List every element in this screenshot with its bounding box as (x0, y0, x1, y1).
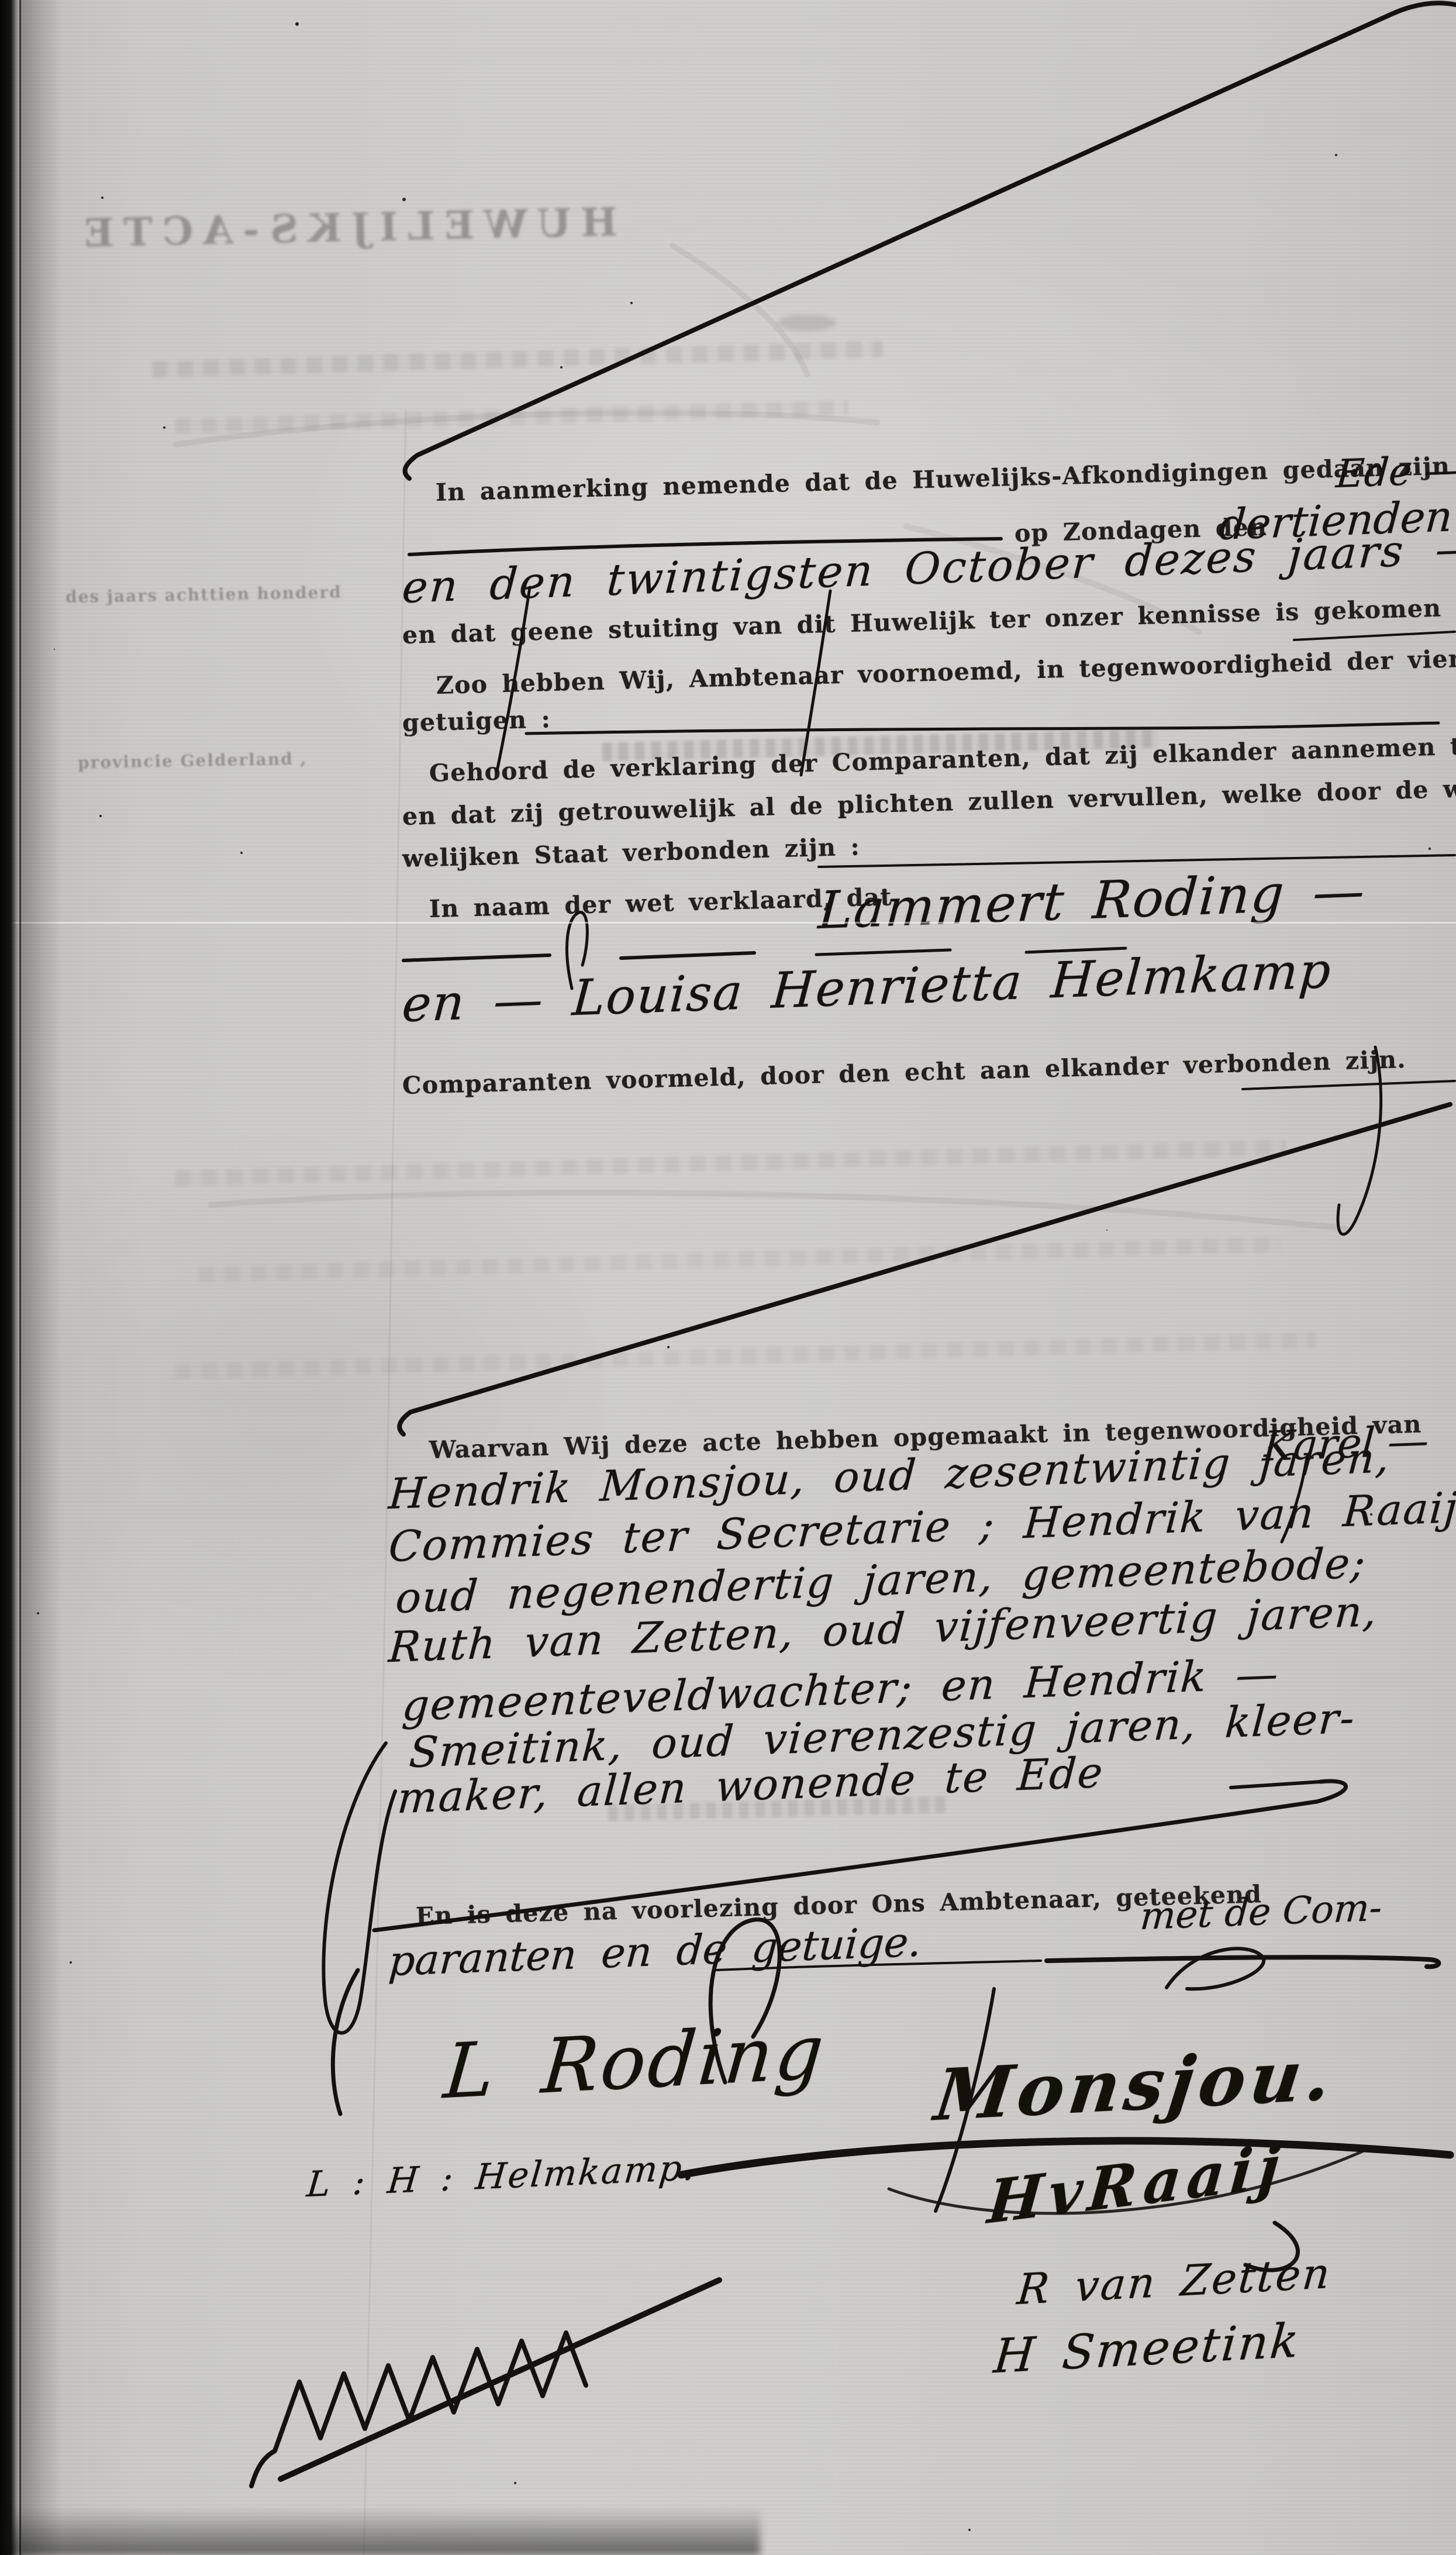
pen-flourish (710, 1920, 779, 2082)
fill-dash (621, 953, 754, 958)
pen-loop (567, 912, 587, 989)
pen-loop (1245, 2223, 1298, 2270)
pen-loop (1167, 1948, 1264, 1989)
ghost-stroke (175, 413, 877, 445)
fill-rule (819, 855, 1455, 867)
fill-rule-heavy (1047, 1957, 1438, 1967)
fill-dash (1026, 948, 1126, 952)
pen-flourish (333, 1970, 358, 2114)
pen-flourish (323, 1743, 395, 2033)
dust-specks (295, 22, 299, 26)
fill-rule (1243, 1081, 1455, 1089)
fold-line (364, 409, 406, 2555)
void-diagonal-middle (399, 1104, 1450, 1434)
fill-rule (409, 539, 1001, 555)
pen-strokes-overlay (0, 0, 1456, 2555)
void-squiggle (251, 2333, 586, 2486)
fill-rule (716, 1961, 1041, 1970)
pen-descender (801, 591, 830, 775)
scan-scratch-line (0, 922, 1456, 924)
fill-rule (526, 723, 1438, 734)
fill-dash (816, 950, 950, 955)
pen-flourish-heavy (681, 2141, 1450, 2175)
marriage-record-scan: HUWELIJKS-ACTE des jaars achttien honder… (0, 0, 1456, 2555)
pen-flourish (889, 2151, 1362, 2213)
pen-descender (936, 1989, 994, 2211)
void-diagonal-top (405, 3, 1455, 478)
ghost-stroke (906, 526, 1199, 632)
pen-descender (1282, 1458, 1307, 1542)
binding-edge (0, 0, 20, 2555)
pen-descender (1338, 1047, 1381, 1234)
fill-rule (1294, 632, 1455, 640)
pen-descender (497, 587, 530, 771)
fill-dash (1231, 1782, 1320, 1788)
binding-edge-fade (21, 0, 62, 2555)
bottom-edge-shadow (0, 2508, 760, 2555)
ghost-stroke (211, 1193, 1345, 1228)
fill-dash (403, 955, 550, 960)
closing-flourish (374, 1781, 1346, 1930)
